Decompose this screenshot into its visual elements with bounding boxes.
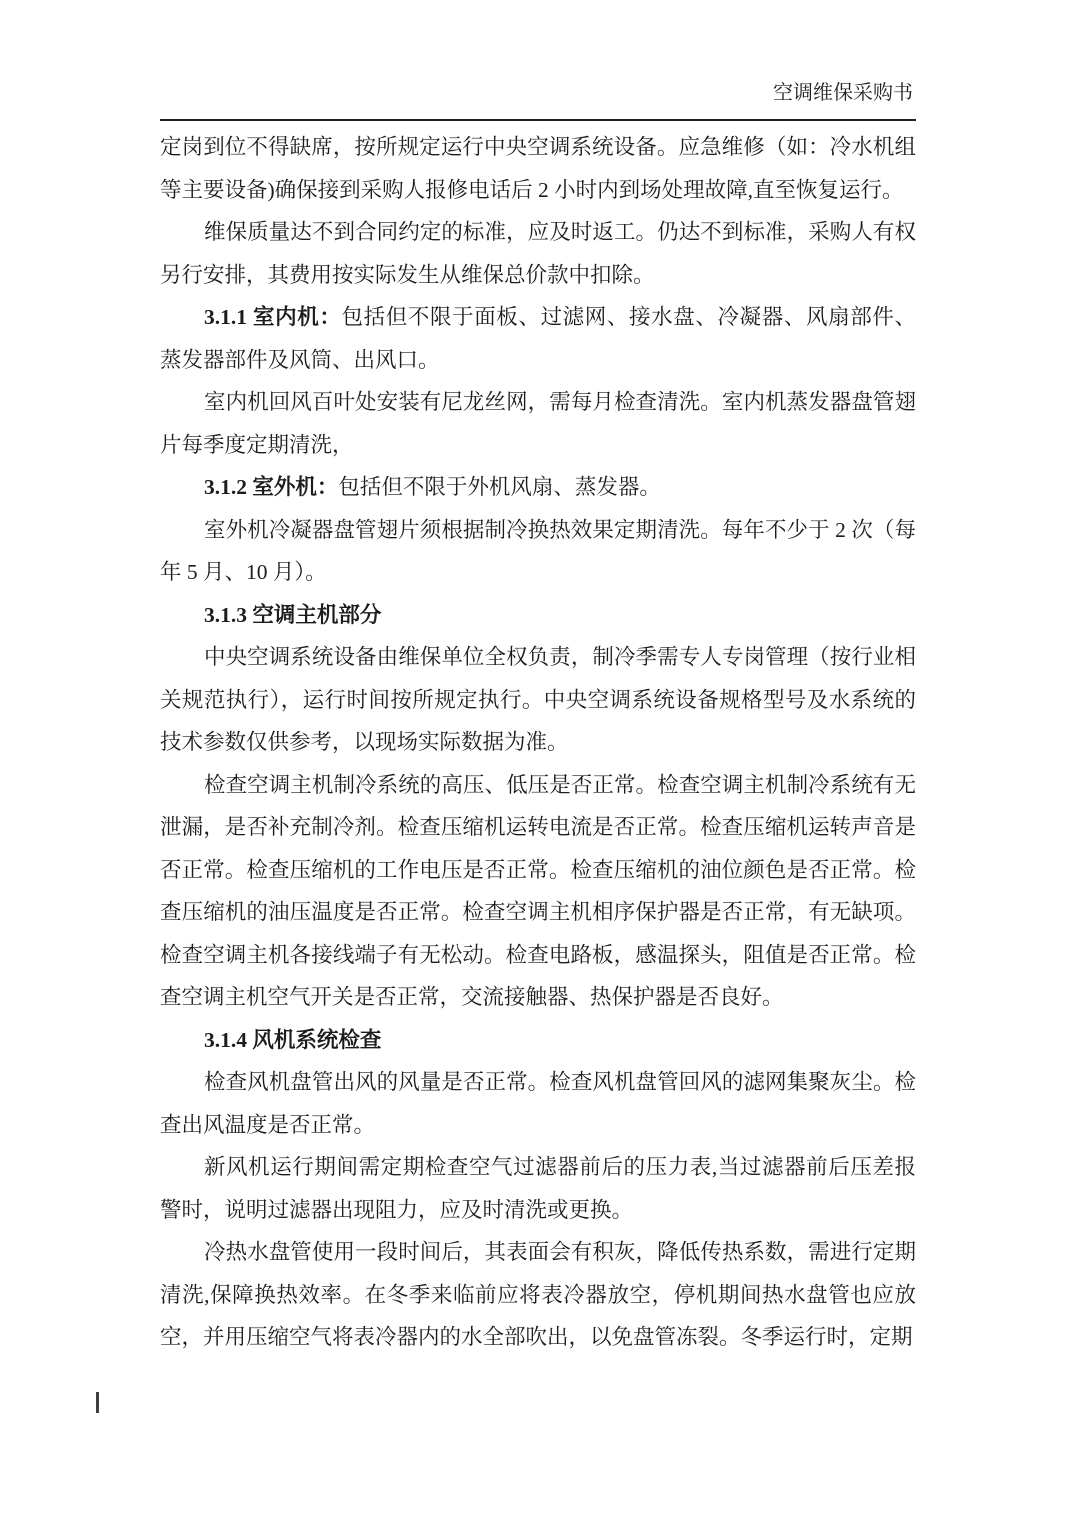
paragraph: 室外机冷凝器盘管翅片须根据制冷换热效果定期清洗。每年不少于 2 次（每年 5 月… <box>160 509 916 594</box>
paragraph: 检查空调主机制冷系统的高压、低压是否正常。检查空调主机制冷系统有无泄漏，是否补充… <box>160 764 916 1019</box>
paragraph: 3.1.4 风机系统检查 <box>160 1019 916 1062</box>
paragraph: 3.1.1 室内机：包括但不限于面板、过滤网、接水盘、冷凝器、风扇部件、蒸发器部… <box>160 296 916 381</box>
paragraph: 定岗到位不得缺席，按所规定运行中央空调系统设备。应急维修（如：冷水机组等主要设备… <box>160 126 916 211</box>
paragraph-text: 室外机冷凝器盘管翅片须根据制冷换热效果定期清洗。每年不少于 2 次（每年 5 月… <box>160 518 916 585</box>
paragraph: 3.1.2 室外机：包括但不限于外机风扇、蒸发器。 <box>160 466 916 509</box>
header-divider-line <box>160 119 916 121</box>
section-heading-label: 3.1.4 风机系统检查 <box>204 1028 381 1052</box>
paragraph-text: 维保质量达不到合同约定的标准，应及时返工。仍达不到标准，采购人有权另行安排，其费… <box>160 220 916 287</box>
paragraph: 新风机运行期间需定期检查空气过滤器前后的压力表,当过滤器前后压差报警时，说明过滤… <box>160 1146 916 1231</box>
paragraph: 检查风机盘管出风的风量是否正常。检查风机盘管回风的滤网集聚灰尘。检查出风温度是否… <box>160 1061 916 1146</box>
paragraph-text: 中央空调系统设备由维保单位全权负责，制冷季需专人专岗管理（按行业相关规范执行），… <box>160 645 916 754</box>
paragraph-text: 新风机运行期间需定期检查空气过滤器前后的压力表,当过滤器前后压差报警时，说明过滤… <box>160 1155 916 1222</box>
paragraph: 室内机回风百叶处安装有尼龙丝网，需每月检查清洗。室内机蒸发器盘管翅片每季度定期清… <box>160 381 916 466</box>
paragraph-text: 室内机回风百叶处安装有尼龙丝网，需每月检查清洗。室内机蒸发器盘管翅片每季度定期清… <box>160 390 916 457</box>
text-cursor-mark <box>96 1392 99 1413</box>
paragraph: 3.1.3 空调主机部分 <box>160 594 916 637</box>
paragraph: 中央空调系统设备由维保单位全权负责，制冷季需专人专岗管理（按行业相关规范执行），… <box>160 636 916 764</box>
paragraph: 冷热水盘管使用一段时间后，其表面会有积灰，降低传热系数，需进行定期清洗,保障换热… <box>160 1231 916 1359</box>
section-heading-label: 3.1.2 室外机： <box>204 475 338 499</box>
header-title: 空调维保采购书 <box>773 80 913 106</box>
paragraph-text: 检查空调主机制冷系统的高压、低压是否正常。检查空调主机制冷系统有无泄漏，是否补充… <box>160 773 916 1010</box>
section-heading-label: 3.1.3 空调主机部分 <box>204 603 381 627</box>
paragraph: 维保质量达不到合同约定的标准，应及时返工。仍达不到标准，采购人有权另行安排，其费… <box>160 211 916 296</box>
paragraph-text: 冷热水盘管使用一段时间后，其表面会有积灰，降低传热系数，需进行定期清洗,保障换热… <box>160 1240 916 1349</box>
document-page: 空调维保采购书 定岗到位不得缺席，按所规定运行中央空调系统设备。应急维修（如：冷… <box>0 0 1074 1520</box>
section-heading-label: 3.1.1 室内机： <box>204 305 341 329</box>
document-body: 定岗到位不得缺席，按所规定运行中央空调系统设备。应急维修（如：冷水机组等主要设备… <box>160 126 916 1359</box>
paragraph-text: 检查风机盘管出风的风量是否正常。检查风机盘管回风的滤网集聚灰尘。检查出风温度是否… <box>160 1070 916 1137</box>
paragraph-text: 定岗到位不得缺席，按所规定运行中央空调系统设备。应急维修（如：冷水机组等主要设备… <box>160 135 916 202</box>
paragraph-text: 包括但不限于外机风扇、蒸发器。 <box>338 475 661 499</box>
